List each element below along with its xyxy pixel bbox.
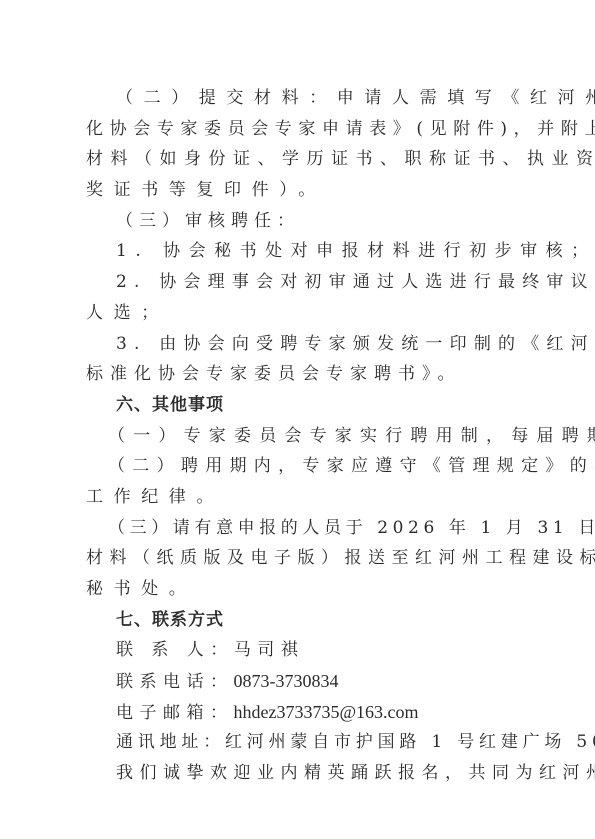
address-label: 通讯地址： <box>116 732 225 752</box>
list-item-continued: 人选； <box>86 298 510 329</box>
contact-person-row: 联 系 人：马司祺 <box>86 635 510 666</box>
email-row: 电子邮箱：hhdez3733735@163.com <box>86 697 510 728</box>
address-value: 红河州蒙自市护国路 1 号红建广场 504 室。 <box>225 732 595 752</box>
subsection-title: （三）审核聘任： <box>86 206 510 237</box>
paragraph-line: （二）提交材料：申请人需填写《红河州工程建设标准 <box>86 83 510 114</box>
document-page: （二）提交材料：申请人需填写《红河州工程建设标准 化协会专家委员会专家申请表》(… <box>86 83 510 789</box>
phone-value: 0873-3730834 <box>234 671 339 691</box>
list-item: 2. 协会理事会对初审通过人选进行最终审议，确定聘用 <box>86 267 510 298</box>
paragraph-line: 工作纪律。 <box>86 482 510 513</box>
contact-person-value: 马司祺 <box>234 640 305 660</box>
paragraph-line: 秘书处。 <box>86 574 510 605</box>
paragraph-line: 材料（如身份证、学历证书、职称证书、执业资格证书、获 <box>86 144 510 175</box>
contact-person-label: 联 系 人： <box>116 640 234 660</box>
paragraph-line: 材料（纸质版及电子版）报送至红河州工程建设标准化协会 <box>86 543 510 574</box>
paragraph-line: （一）专家委员会专家实行聘用制，每届聘期三年。 <box>86 421 510 452</box>
paragraph-line: （二）聘用期内，专家应遵守《管理规定》的各项义务和 <box>86 451 510 482</box>
section-heading: 六、其他事项 <box>86 390 510 421</box>
phone-label: 联系电话： <box>116 672 234 692</box>
paragraph-line: 奖证书等复印件）。 <box>86 175 510 206</box>
phone-row: 联系电话：0873-3730834 <box>86 666 510 697</box>
paragraph-line: 化协会专家委员会专家申请表》(见附件)，并附上相关证明 <box>86 114 510 145</box>
closing-line: 我们诚挚欢迎业内精英踊跃报名，共同为红河州工程建 <box>86 758 510 789</box>
list-item-continued: 标准化协会专家委员会专家聘书》。 <box>86 359 510 390</box>
list-item: 3. 由协会向受聘专家颁发统一印制的《红河州工程建设 <box>86 329 510 360</box>
paragraph-line: （三）请有意申报的人员于 2026 年 1 月 31 日前，将申请 <box>86 513 510 544</box>
address-row: 通讯地址：红河州蒙自市护国路 1 号红建广场 504 室。 <box>86 727 510 758</box>
email-label: 电子邮箱： <box>116 703 234 723</box>
section-heading: 七、联系方式 <box>86 605 510 636</box>
list-item: 1. 协会秘书处对申报材料进行初步审核； <box>86 236 510 267</box>
email-value: hhdez3733735@163.com <box>234 702 419 722</box>
